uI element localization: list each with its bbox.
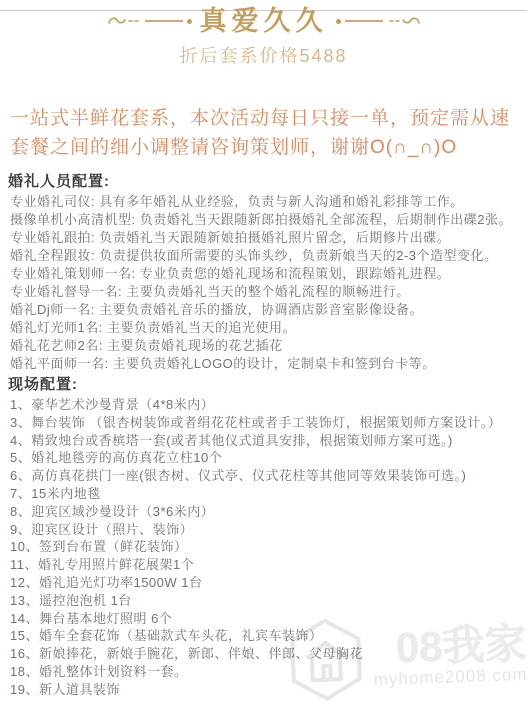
personnel-item: 婚礼Dj师一名: 主要负责婚礼音乐的播放，协调酒店影音室影像设备。 (10, 301, 527, 319)
promo-flyer: 真爱久久 折后套系价格5488 一站式半鲜花套系，本次活动每日只接一单，预定需从… (0, 0, 527, 703)
venue-list: 1、豪华艺术沙曼背景（4*8米内）3、舞台装饰 （银杏树装饰或者绢花花柱或者手工… (10, 396, 527, 699)
personnel-item: 婚礼平面师一名: 主要负责婚礼LOGO的设计，定制桌卡和签到台卡等。 (10, 355, 527, 373)
flyer-content: 真爱久久 折后套系价格5488 一站式半鲜花套系，本次活动每日只接一单，预定需从… (0, 0, 527, 699)
personnel-item: 摄像单机小高清机型: 负责婚礼当天跟随新郎拍摄婚礼全部流程，后期制作出碟2张。 (10, 211, 527, 229)
personnel-item: 专业婚礼跟拍: 负责婚礼当天跟随新娘拍摄婚礼照片留念，后期修片出碟。 (10, 229, 527, 247)
price-line: 折后套系价格5488 (0, 45, 527, 67)
venue-item: 10、签到台布置（鲜花装饰） (10, 538, 527, 556)
venue-item: 4、精致烛台或香槟塔一套(或者其他仪式道具安排，根据策划师方案可选。) (10, 432, 527, 450)
venue-item: 19、新人道具装饰 (10, 681, 527, 699)
ornament-dot (336, 19, 341, 24)
venue-item: 15、婚车全套花饰（基础款式车头花，礼宾车装饰） (10, 627, 527, 645)
personnel-list: 专业婚礼司仪: 具有多年婚礼从业经验，负责与新人沟通和婚礼彩排等工作。摄像单机小… (10, 193, 527, 373)
venue-item: 14、舞台基本地灯照明 6个 (10, 610, 527, 628)
swirl-left-icon (107, 15, 141, 27)
flourish-right-icon (336, 15, 421, 27)
flourish-left-icon (107, 15, 192, 27)
venue-item: 11、婚礼专用照片鲜花展架1个 (10, 556, 527, 574)
header: 真爱久久 (0, 0, 527, 38)
venue-item: 6、高仿真花拱门一座(银杏树、仪式亭、仪式花柱等其他同等效果装饰可选。) (10, 467, 527, 485)
personnel-item: 婚礼灯光师1名: 主要负责婚礼当天的追光使用。 (10, 319, 527, 337)
personnel-item: 婚礼花艺师2名: 主要负责婚礼现场的花艺插花 (10, 337, 527, 355)
personnel-item: 专业婚礼司仪: 具有多年婚礼从业经验，负责与新人沟通和婚礼彩排等工作。 (10, 193, 527, 211)
ornament-line (145, 20, 183, 22)
venue-item: 13、遥控泡泡机 1台 (10, 592, 527, 610)
venue-item: 7、15米内地毯 (10, 485, 527, 503)
venue-item: 8、迎宾区域沙曼设计（3*6米内） (10, 503, 527, 521)
venue-item: 12、婚礼追光灯功率1500W 1台 (10, 574, 527, 592)
notice-line-2: 套餐之间的细小调整请咨询策划师，谢谢O(∩_∩)O (10, 137, 457, 158)
ornament-line (345, 20, 383, 22)
personnel-item: 专业婚礼督导一名: 主要负责婚礼当天的整个婚礼流程的顺畅进行。 (10, 283, 527, 301)
page-title: 真爱久久 (200, 4, 328, 38)
venue-item: 3、舞台装饰 （银杏树装饰或者绢花花柱或者手工装饰灯，根据策划师方案设计。） (10, 414, 527, 432)
venue-item: 9、迎宾区设计（照片、装饰） (10, 521, 527, 539)
venue-item: 1、豪华艺术沙曼背景（4*8米内） (10, 396, 527, 414)
swirl-right-icon (387, 15, 421, 27)
venue-item: 5、婚礼地毯旁的高仿真花立柱10个 (10, 449, 527, 467)
venue-heading: 现场配置: (8, 376, 527, 394)
personnel-item: 婚礼全程跟妆: 负责提供妆面所需要的头饰头纱，负责新娘当天的2-3个造型变化。 (10, 247, 527, 265)
personnel-item: 专业婚礼策划师一名: 专业负责您的婚礼现场和流程策划，跟踪婚礼进程。 (10, 265, 527, 283)
ornament-dot (187, 19, 192, 24)
personnel-heading: 婚礼人员配置: (8, 173, 527, 191)
notice-line-1: 一站式半鲜花套系，本次活动每日只接一单，预定需从速 (10, 108, 510, 129)
venue-item: 16、新娘捧花，新娘手腕花，新郎、伴娘、伴郎、父母胸花 (10, 645, 527, 663)
venue-item: 18、婚礼整体计划资料一套。 (10, 663, 527, 681)
notice-text: 一站式半鲜花套系，本次活动每日只接一单，预定需从速 套餐之间的细小调整请咨询策划… (10, 104, 517, 162)
